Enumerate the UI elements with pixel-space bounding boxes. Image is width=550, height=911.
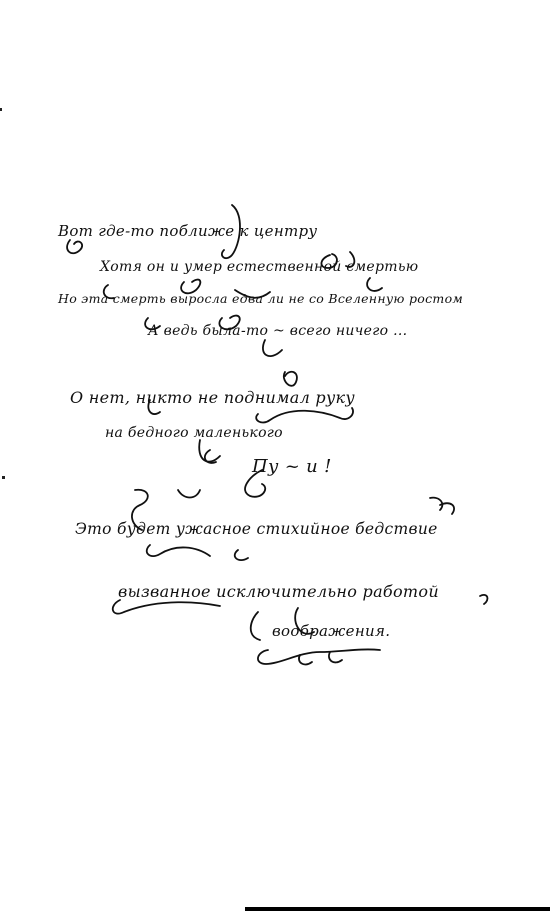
stanza-3-line-3: воображения.	[272, 622, 390, 640]
stanza-2-line-1: О нет, никто не поднимал руку	[70, 388, 355, 407]
scan-speck	[0, 108, 2, 111]
scan-speck	[2, 476, 5, 479]
stanza-1-line-3: Но эта смерть выросла едва ли не со Всел…	[58, 291, 463, 306]
stanza-1-line-4: А ведь была-то ~ всего ничего ...	[148, 323, 407, 339]
stanza-2-line-2: на бедного маленького	[105, 425, 283, 441]
stanza-3-line-1: Это будет ужасное стихийное бедствие	[75, 520, 438, 538]
stanza-1-line-1: Вот где-то поближе к центру	[58, 222, 317, 240]
stanza-2-line-3: Пу ~ и !	[252, 456, 332, 477]
manuscript-page: Вот где-то поближе к центру Хотя он и ум…	[0, 0, 550, 911]
stanza-3-line-2: вызванное исключительно работой	[118, 582, 439, 601]
stanza-1-line-2: Хотя он и умер естественной смертью	[100, 259, 418, 275]
scan-edge-rule	[245, 907, 550, 911]
